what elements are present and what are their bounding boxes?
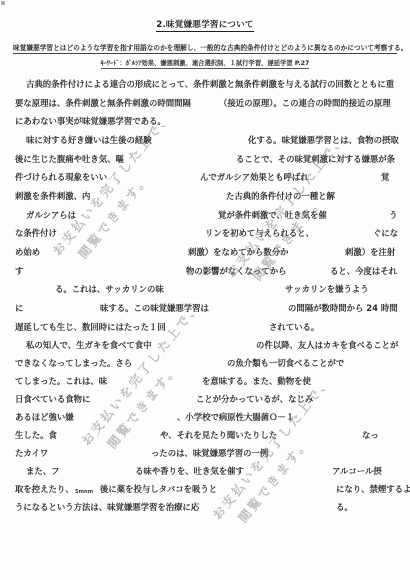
document-subtitle: 味覚嫌悪学習とはどのような学習を指す用語なのかを理解し、一般的な古典的条件付けと… <box>13 42 397 54</box>
body-line-9-fragment-3: ぐにな <box>373 228 398 238</box>
watermark-text-line2: 閲覧できます。 <box>224 385 354 539</box>
body-line-6-fragment-2: んでガルシア効果とも呼ばれ <box>200 172 309 182</box>
body-line-18-fragment-1: 日食べている食物に <box>15 394 90 404</box>
page-title-text: 2.味覚嫌悪学習について <box>156 20 253 32</box>
body-line-2-fragment-1: 要な原理は、条件刺激と無条件刺激の時間間隔 <box>15 98 191 108</box>
body-line-8-fragment-3: う <box>389 210 397 220</box>
body-line-13-fragment-1: に <box>15 303 23 313</box>
body-line-17-fragment-1: てしまった。これは、味 <box>15 376 107 386</box>
body-line-15-fragment-1: 私の知人で、生ガキを食べて食中 <box>26 340 151 350</box>
body-line-8-fragment-1: ガルシアらは <box>26 210 76 220</box>
watermark-text-line2: 閲覧できます。 <box>93 311 223 465</box>
body-line-18-fragment-2: ことが分かっているが、なじみ <box>196 394 313 404</box>
body-line-20-fragment-2: や、それを見たり聞いたりした <box>160 430 277 440</box>
body-line-24-fragment-1: うになるという方法は、味覚嫌悪学習を治療に応 <box>15 502 199 512</box>
body-line-9-fragment-1: な条件付け <box>15 228 57 238</box>
body-line-22-fragment-1: また、フ <box>26 466 60 476</box>
body-line-17-fragment-2: を意味する。また、動物を使 <box>202 376 311 386</box>
body-line-11-fragment-3: ると、今度はそれ <box>330 266 397 276</box>
page-title: 2.味覚嫌悪学習について <box>0 18 410 30</box>
body-line-12-fragment-1: る。これは、サッカリンの味 <box>55 284 164 294</box>
body-line-12-fragment-2: サッカリンを嫌うよう <box>285 284 369 294</box>
body-line-15-fragment-2: の件以降、友人はカキを食べることが <box>256 340 398 350</box>
body-line-4-fragment-2: 化する。味覚嫌悪学習とは、食物の摂取 <box>248 135 399 145</box>
watermark-text-line1: お支払いを完了した上で、 <box>76 297 206 451</box>
document-page: 2.味覚嫌悪学習について 味覚嫌悪学習とはどのような学習を指す用語なのかを理解し… <box>0 0 410 580</box>
body-line-5-fragment-2: ることで、その味覚刺激に対する嫌悪が条 <box>236 154 395 164</box>
body-line-21-fragment-1: たカイワ <box>15 448 48 458</box>
body-line-13-fragment-3: の間隔が数時間から 24 時間 <box>288 303 398 313</box>
scan-artifact-dot <box>1 1 5 5</box>
body-line-9-fragment-2: リンを初めて与えられると、 <box>205 228 314 238</box>
body-line-8-fragment-2: 覚が条件刺激で、吐き気を催 <box>218 210 327 220</box>
body-line-2-fragment-2: （接近の原理）。この連合の時間的接近の原理 <box>219 98 391 108</box>
body-line-6-fragment-1: 件づけられる現象をいい <box>15 172 107 182</box>
body-line-22-fragment-3: アルコール摂 <box>332 466 382 476</box>
body-line-10-fragment-3: 刺激）を注射 <box>345 247 395 257</box>
body-line-19-fragment-1: あるほど強い嫌 <box>15 412 74 422</box>
body-line-14-fragment-2: されている。 <box>269 322 319 332</box>
body-line-16-fragment-2: の魚介類も一切食べることがで <box>227 358 344 368</box>
body-line-24-fragment-2: る。 <box>336 502 353 512</box>
body-line-16-fragment-1: できなくなってしまった。さら <box>15 358 132 368</box>
body-line-10-fragment-1: め始め <box>15 247 40 257</box>
body-line-20-fragment-1: 生した。食 <box>15 430 57 440</box>
body-line-4-fragment-1: 味に対する好き嫌いは生後の経験 <box>26 135 152 145</box>
keywords-text: ｷｰﾜｰﾄﾞ：ｶﾞﾙｼｱ効果、嫌悪刺激、連合選択制、１試行学習、遅延学習 P.2… <box>101 60 310 69</box>
body-line-23-fragment-1: 取を控えたり、 <box>15 484 74 494</box>
keywords-line: ｷｰﾜｰﾄﾞ：ｶﾞﾙｼｱ効果、嫌悪刺激、連合選択制、１試行学習、遅延学習 P.2… <box>0 58 410 67</box>
body-line-13-fragment-2: 味する。この味覚嫌悪学習は <box>100 303 209 313</box>
watermark-text-line1: お支払いを完了した上で、 <box>221 129 351 283</box>
body-line-22-fragment-2: る味や香りを、吐き気を催す <box>135 466 244 476</box>
body-line-1-fragment-1: 古典的条件付けによる連合の形成にとって、条件刺激と無条件刺激を与える試行の回数と… <box>26 79 394 89</box>
body-line-6-fragment-3: 覚 <box>381 172 389 182</box>
body-line-19-fragment-2: 、小学校で病原性大腸菌Ｏ－１ <box>177 412 294 422</box>
body-line-20-fragment-3: なっ <box>362 430 379 440</box>
watermark-text-line1: お支払いを完了した上で、 <box>47 107 177 261</box>
body-line-5-fragment-1: 後に生じた腹痛や吐き気、嘔 <box>15 154 124 164</box>
body-line-7-fragment-2: た古典的条件付けの一種と解 <box>226 191 335 201</box>
body-line-23-fragment-4: になり、禁煙するよ <box>336 484 410 494</box>
body-line-7-fragment-1: 刺激を条件刺激、内 <box>15 191 90 201</box>
body-line-21-fragment-2: ったのは、味覚嫌悪学習の一例 <box>151 448 268 458</box>
body-line-10-fragment-2: 刺激）をなめてから数分か <box>188 247 289 257</box>
body-line-14-fragment-1: 遅延しても生じ、数回時にはたった１回 <box>15 322 166 332</box>
body-line-23-fragment-2: 5mnm <box>75 484 93 497</box>
body-line-3-fragment-1: にあわない事実が味覚嫌悪学習である。 <box>15 116 166 126</box>
body-line-11-fragment-2: 物の影響がなくなってから <box>186 266 287 276</box>
body-line-11-fragment-1: す <box>15 266 23 276</box>
body-line-23-fragment-3: 後に薬を投与しタバコを吸うと <box>100 484 217 494</box>
